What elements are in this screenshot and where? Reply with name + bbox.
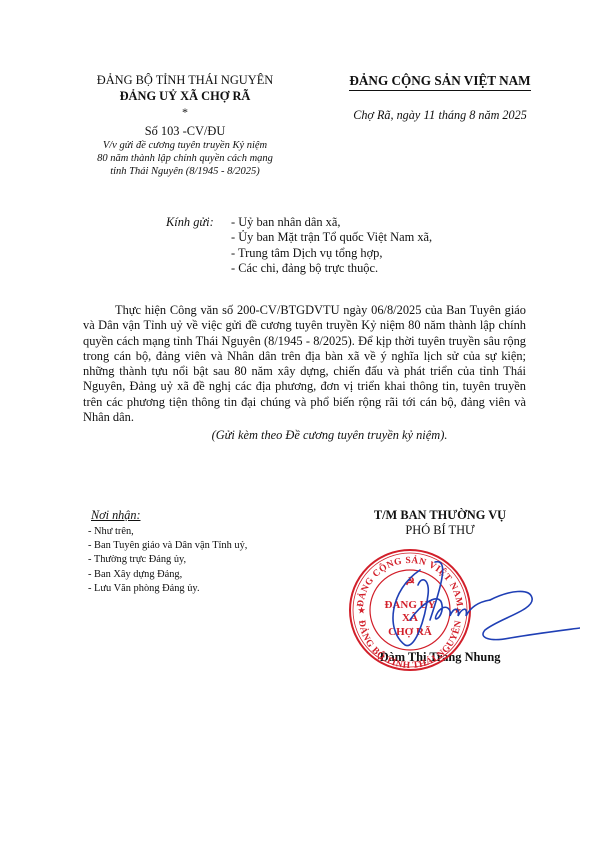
- date-rest: tháng 8 năm 2025: [435, 108, 526, 122]
- body-paragraph: Thực hiện Công văn số 200-CV/BTGDVTU ngà…: [83, 303, 526, 425]
- svg-text:★: ★: [358, 606, 366, 615]
- recipient-item: - Ủy ban Mặt trận Tổ quốc Việt Nam xã,: [231, 230, 526, 245]
- attachment-note: (Gửi kèm theo Đề cương tuyên truyền kỷ n…: [83, 428, 526, 443]
- distribution-item: - Ban Xây dựng Đảng,: [88, 568, 318, 582]
- date-prefix: Chợ Rã, ngày: [353, 108, 423, 122]
- recipients-block: Kính gửi: - Uỷ ban nhân dân xã, - Ủy ban…: [166, 215, 526, 276]
- distribution-item: - Thường trực Đảng ủy,: [88, 553, 318, 567]
- recipient-item: - Trung tâm Dịch vụ tổng hợp,: [231, 246, 526, 261]
- distribution-item: - Như trên,: [88, 525, 318, 539]
- party-name: ĐẢNG CỘNG SẢN VIỆT NAM: [349, 73, 530, 91]
- document-number: Số 103 -CV/ĐU: [70, 123, 300, 139]
- recipients-list: - Uỷ ban nhân dân xã, - Ủy ban Mặt trận …: [166, 215, 526, 276]
- recipient-item: - Các chi, đảng bộ trực thuộc.: [231, 261, 526, 276]
- issuer-header: ĐẢNG BỘ TỈNH THÁI NGUYÊN ĐẢNG UỶ XÃ CHỢ …: [70, 72, 300, 178]
- distribution-list: Nơi nhận: - Như trên, - Ban Tuyên giáo v…: [88, 508, 318, 596]
- distribution-item: - Lưu Văn phòng Đảng ủy.: [88, 582, 318, 596]
- date-day: 11: [423, 107, 435, 122]
- handwritten-signature-icon: [380, 550, 580, 660]
- recipient-item: - Uỷ ban nhân dân xã,: [231, 215, 526, 230]
- party-header: ĐẢNG CỘNG SẢN VIỆT NAM Chợ Rã, ngày 11 t…: [330, 72, 550, 123]
- signer-position: PHÓ BÍ THƯ: [325, 523, 555, 538]
- recipients-label: Kính gửi:: [166, 215, 214, 230]
- distribution-items: - Như trên, - Ban Tuyên giáo và Dân vận …: [88, 525, 318, 596]
- subject-line-2: 80 năm thành lập chính quyền cách mạng: [70, 152, 300, 165]
- distribution-title: Nơi nhận:: [91, 508, 318, 523]
- subject-line-3: tỉnh Thái Nguyên (8/1945 - 8/2025): [70, 165, 300, 178]
- separator-star: *: [70, 105, 300, 119]
- signer-role: T/M BAN THƯỜNG VỤ: [325, 508, 555, 523]
- document-date: Chợ Rã, ngày 11 tháng 8 năm 2025: [330, 107, 550, 123]
- parent-org: ĐẢNG BỘ TỈNH THÁI NGUYÊN: [70, 72, 300, 88]
- distribution-item: - Ban Tuyên giáo và Dân vận Tỉnh uỷ,: [88, 539, 318, 553]
- signature-block: T/M BAN THƯỜNG VỤ PHÓ BÍ THƯ Đàm Thị Tra…: [325, 508, 555, 538]
- subject-line-1: V/v gửi đề cương tuyên truyền Kỷ niệm: [70, 139, 300, 152]
- issuing-org: ĐẢNG UỶ XÃ CHỢ RÃ: [70, 88, 300, 104]
